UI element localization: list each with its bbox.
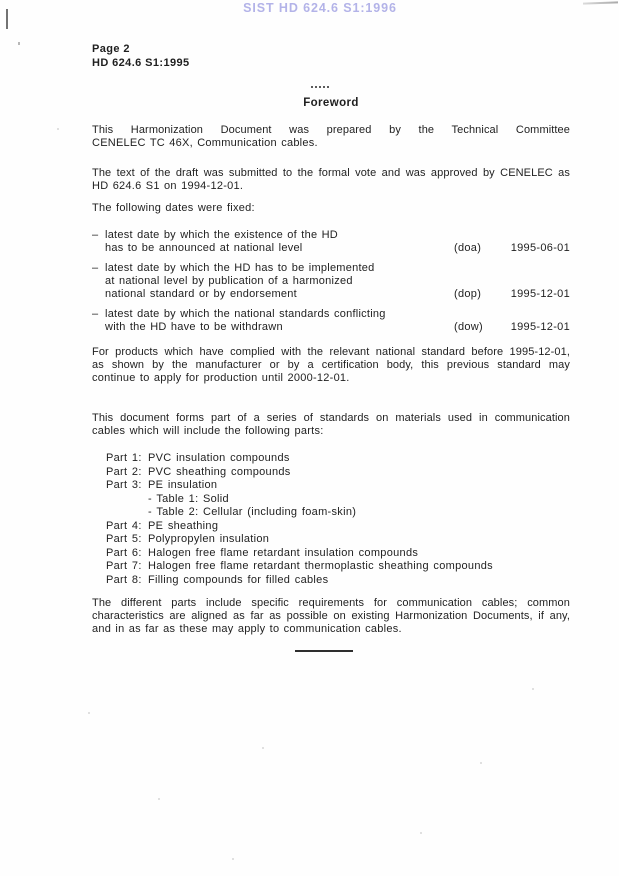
- text-line: cables which will include the following …: [92, 425, 570, 438]
- paragraph-series: This document forms part of a series of …: [92, 412, 570, 438]
- scan-artifact-top-right-streak: [583, 1, 618, 4]
- text-line: For products which have complied with th…: [92, 346, 570, 359]
- part-label: Part 1:: [106, 452, 148, 466]
- text-line: The different parts include specific req…: [92, 597, 570, 610]
- page-number-label: Page 2: [92, 43, 190, 57]
- text-line: The following dates were fixed:: [92, 202, 570, 215]
- scan-speckle: [262, 747, 264, 749]
- text-line: latest date by which the national standa…: [105, 308, 570, 321]
- scan-speckle: [57, 128, 59, 130]
- part-item-3-table-2: - Table 2: Cellular (including foam-skin…: [92, 506, 570, 520]
- date-tag: (dow): [454, 321, 483, 334]
- text-line: This document forms part of a series of …: [92, 412, 570, 425]
- document-reference: HD 624.6 S1:1995: [92, 57, 190, 71]
- document-page: SIST HD 624.6 S1:1996 Page 2 HD 624.6 S1…: [0, 0, 619, 876]
- part-label: Part 7:: [106, 560, 148, 574]
- date-value: (dow) 1995-12-01: [454, 321, 570, 334]
- part-text: Filling compounds for filled cables: [148, 574, 328, 586]
- date-item-dop: – latest date by which the HD has to be …: [92, 262, 570, 301]
- part-text: - Table 1: Solid: [148, 493, 229, 505]
- part-text: PE sheathing: [148, 520, 218, 532]
- text-line: as shown by the manufacturer or by a cer…: [92, 359, 570, 372]
- text-line: The text of the draft was submitted to t…: [92, 167, 570, 180]
- part-text: - Table 2: Cellular (including foam-skin…: [148, 506, 356, 518]
- dash-bullet: –: [92, 229, 98, 242]
- scan-speckle: [532, 688, 534, 690]
- text-line: HD 624.6 S1 on 1994-12-01.: [92, 180, 570, 193]
- part-item-7: Part 7:Halogen free flame retardant ther…: [92, 560, 570, 574]
- part-item-3-table-1: - Table 1: Solid: [92, 493, 570, 507]
- part-item-5: Part 5:Polypropylen insulation: [92, 533, 570, 547]
- date-tag: (dop): [454, 288, 481, 301]
- paragraph-closing: The different parts include specific req…: [92, 597, 570, 636]
- text-line: and in as far as these may apply to comm…: [92, 623, 570, 636]
- part-label: Part 4:: [106, 520, 148, 534]
- part-text: Halogen free flame retardant thermoplast…: [148, 560, 493, 572]
- part-text: PVC insulation compounds: [148, 452, 290, 464]
- scan-speckle: [88, 712, 90, 714]
- text-line: latest date by which the existence of th…: [105, 229, 570, 242]
- text-line: This Harmonization Document was prepared…: [92, 124, 570, 137]
- section-title-foreword: Foreword: [92, 97, 570, 110]
- scan-speckle: [158, 798, 160, 800]
- dash-bullet: –: [92, 262, 98, 275]
- parts-list: Part 1:PVC insulation compounds Part 2:P…: [92, 452, 570, 587]
- scan-artifact-dotted-mark: [311, 86, 329, 88]
- date-string: 1995-12-01: [511, 321, 570, 334]
- part-label: Part 2:: [106, 466, 148, 480]
- text-line: at national level by publication of a ha…: [105, 275, 570, 288]
- part-text: PVC sheathing compounds: [148, 466, 291, 478]
- part-text: Halogen free flame retardant insulation …: [148, 547, 418, 559]
- scan-speckle: [420, 832, 422, 834]
- part-item-6: Part 6:Halogen free flame retardant insu…: [92, 547, 570, 561]
- paragraph-dates-intro: The following dates were fixed:: [92, 202, 570, 215]
- date-item-doa: – latest date by which the existence of …: [92, 229, 570, 255]
- text-line: CENELEC TC 46X, Communication cables.: [92, 137, 570, 150]
- paragraph-transition: For products which have complied with th…: [92, 346, 570, 385]
- text-line: continue to apply for production until 2…: [92, 372, 570, 385]
- part-item-8: Part 8:Filling compounds for filled cabl…: [92, 574, 570, 588]
- part-text: Polypropylen insulation: [148, 533, 269, 545]
- date-item-dow: – latest date by which the national stan…: [92, 308, 570, 334]
- paragraph-approval: The text of the draft was submitted to t…: [92, 167, 570, 193]
- date-value: (doa) 1995-06-01: [454, 242, 570, 255]
- part-item-2: Part 2:PVC sheathing compounds: [92, 466, 570, 480]
- page-header: Page 2 HD 624.6 S1:1995: [92, 43, 190, 70]
- part-item-3: Part 3:PE insulation: [92, 479, 570, 493]
- scan-artifact-dot: [18, 42, 20, 45]
- dates-list: – latest date by which the existence of …: [92, 229, 570, 341]
- paragraph-intro: This Harmonization Document was prepared…: [92, 124, 570, 150]
- date-value: (dop) 1995-12-01: [454, 288, 570, 301]
- part-item-1: Part 1:PVC insulation compounds: [92, 452, 570, 466]
- part-label: Part 3:: [106, 479, 148, 493]
- date-string: 1995-06-01: [511, 242, 570, 255]
- dash-bullet: –: [92, 308, 98, 321]
- part-text: PE insulation: [148, 479, 217, 491]
- part-item-4: Part 4:PE sheathing: [92, 520, 570, 534]
- date-string: 1995-12-01: [511, 288, 570, 301]
- part-label: Part 6:: [106, 547, 148, 561]
- scan-speckle: [232, 858, 234, 860]
- date-tag: (doa): [454, 242, 481, 255]
- scan-speckle: [480, 762, 482, 764]
- scan-artifact-left-tick: [6, 9, 8, 29]
- text-line: latest date by which the HD has to be im…: [105, 262, 570, 275]
- watermark-standard-reference: SIST HD 624.6 S1:1996: [243, 1, 397, 15]
- part-label: Part 8:: [106, 574, 148, 588]
- part-label: Part 5:: [106, 533, 148, 547]
- text-line: characteristics are aligned as far as po…: [92, 610, 570, 623]
- closing-rule: [295, 650, 353, 652]
